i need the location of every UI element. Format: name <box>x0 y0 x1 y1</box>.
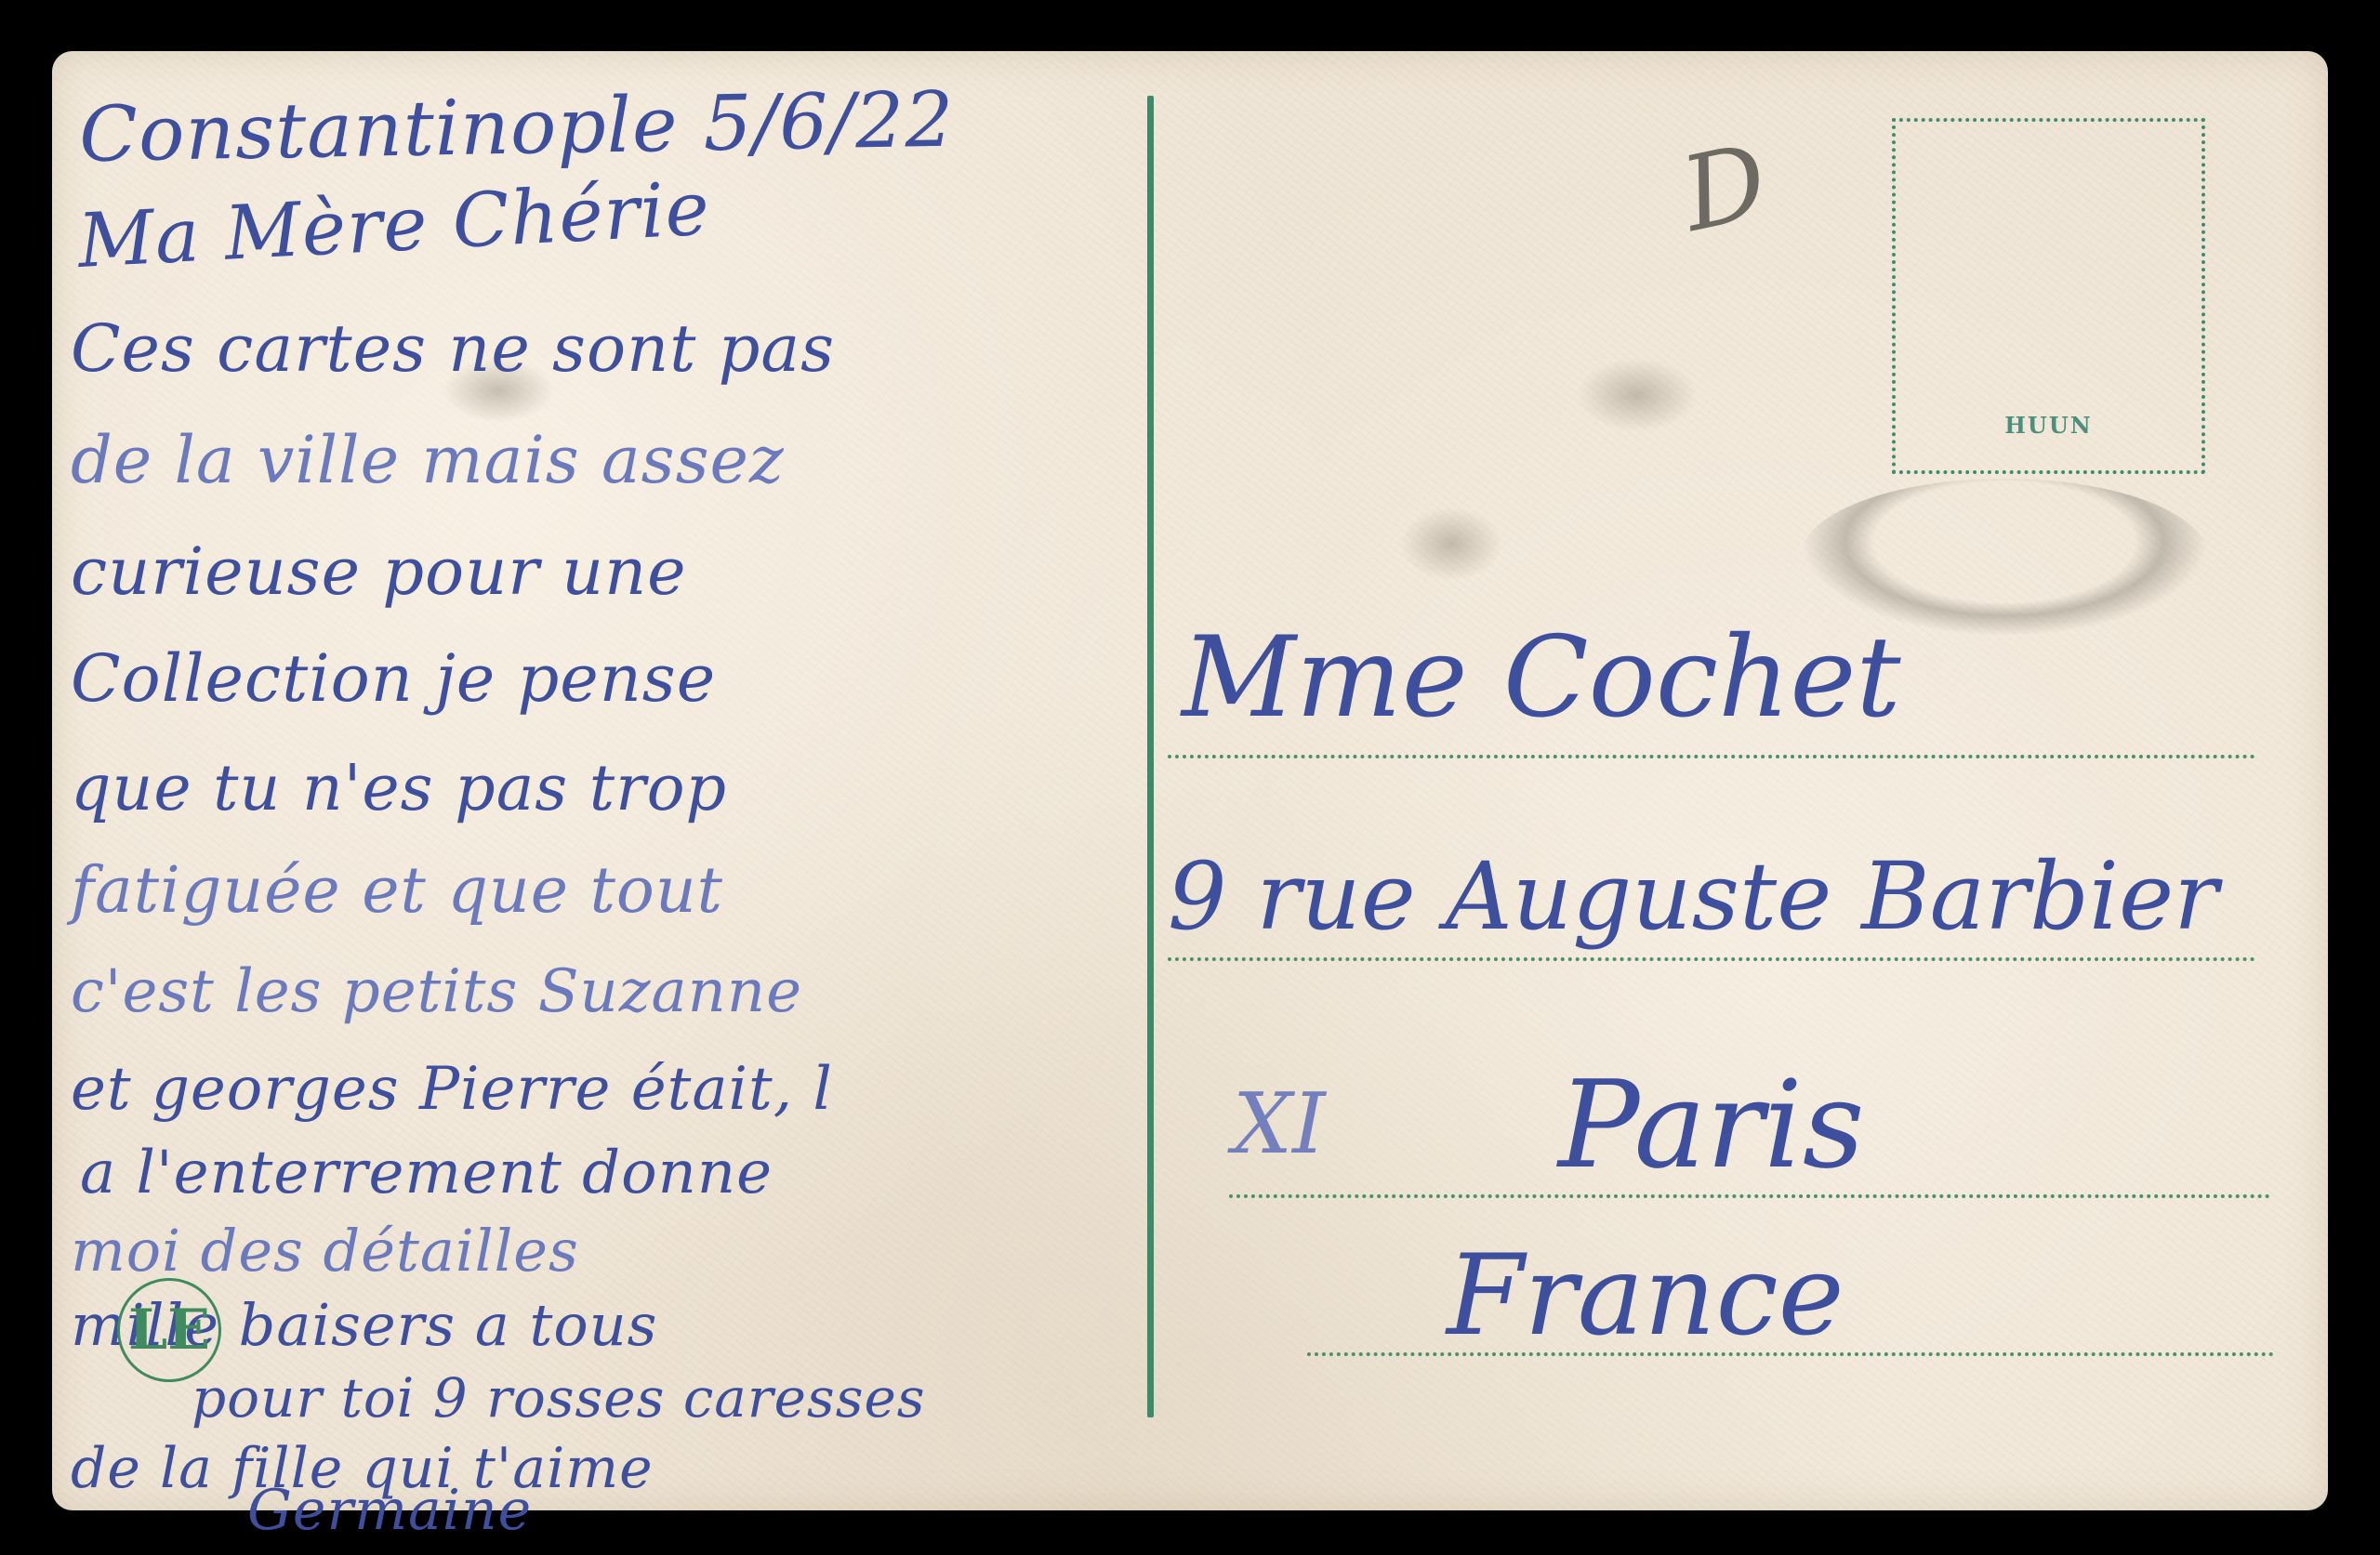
message-salutation: Ma Mère Chérie <box>76 171 712 279</box>
message-line: Collection je pense <box>71 646 716 711</box>
vertical-divider <box>1147 96 1154 1417</box>
message-line: a l'enterrement donne <box>80 1143 773 1203</box>
address-line-2 <box>1168 957 2255 961</box>
message-line: pour toi 9 rosses caresses <box>192 1371 926 1425</box>
publisher-monogram: LE <box>117 1278 221 1382</box>
message-line: moi des détailles <box>71 1222 579 1280</box>
address-country: France <box>1447 1241 1844 1352</box>
ink-smudge <box>1400 507 1502 581</box>
message-line: de la ville mais assez <box>71 428 785 493</box>
message-line: curieuse pour une <box>71 539 687 604</box>
ink-smudge <box>1577 358 1698 432</box>
pencil-mark: D <box>1673 121 1778 255</box>
message-date-line: Constantinople 5/6/22 <box>79 83 956 174</box>
message-line: et georges Pierre était, l <box>71 1060 833 1119</box>
address-arrondissement: XI <box>1233 1083 1326 1166</box>
postcard: Constantinople 5/6/22 Ma Mère Chérie Ces… <box>52 51 2328 1510</box>
address-recipient: Mme Cochet <box>1182 623 1901 734</box>
address-line-1 <box>1168 755 2255 758</box>
message-line: que tu n'es pas trop <box>71 758 727 821</box>
message-line: fatiguée et que tout <box>71 860 723 923</box>
address-city: Paris <box>1558 1064 1865 1185</box>
stamp-placeholder-box: HUUN <box>1892 118 2205 474</box>
message-signature: Germaine <box>247 1483 532 1538</box>
address-street: 9 rue Auguste Barbier <box>1168 850 2218 943</box>
message-line: Ces cartes ne sont pas <box>71 316 835 381</box>
stamp-box-label: HUUN <box>1896 412 2201 439</box>
message-line: c'est les petits Suzanne <box>71 962 802 1021</box>
